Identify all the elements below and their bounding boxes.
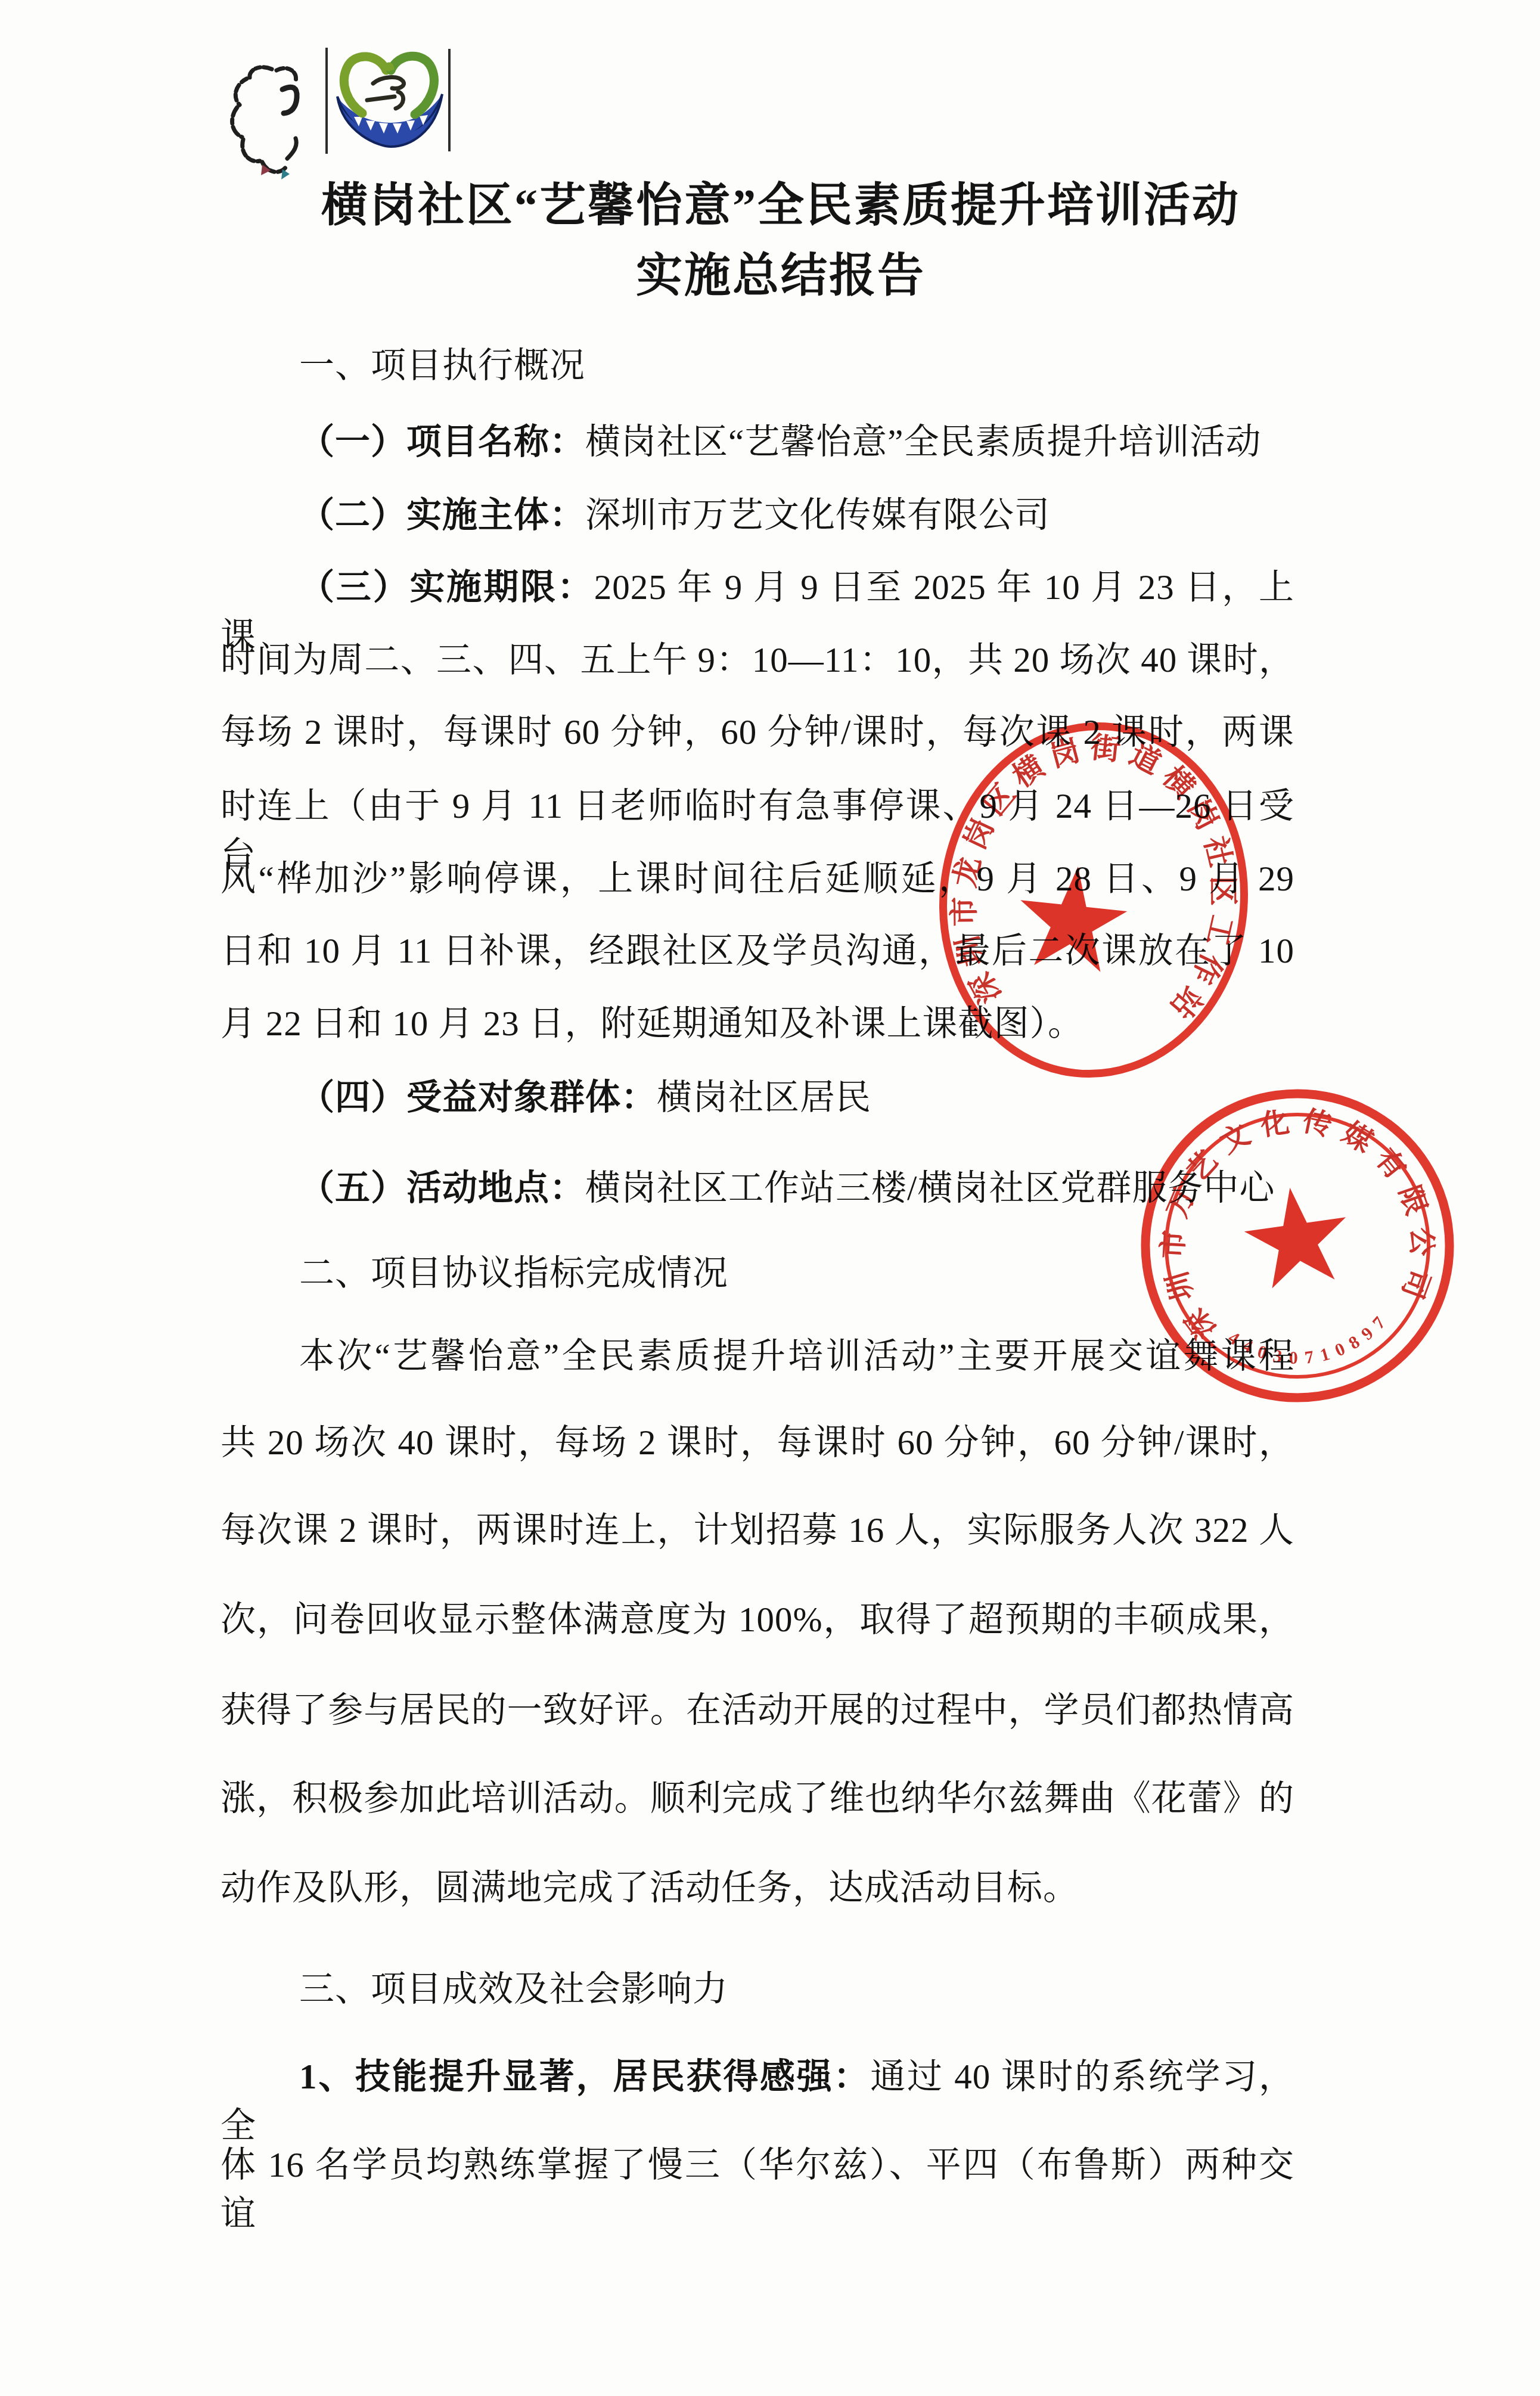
text-line: 每次课 2 课时，两课时连上，计划招募 16 人，实际服务人次 322 人	[221, 1506, 1294, 1554]
line-text: 次，问卷回收显示整体满意度为 100%，取得了超预期的丰硕成果，	[221, 1600, 1294, 1639]
report-title-line1: 横岗社区“艺馨怡意”全民素质提升培训活动	[197, 176, 1365, 235]
svg-text:深圳市龙岗区横岗街道横岗社区工作站: 深圳市龙岗区横岗街道横岗社区工作站	[935, 717, 1258, 1035]
stamp-star-icon	[1014, 861, 1131, 974]
text-line: 1、技能提升显著，居民获得感强：通过 40 课时的系统学习，全	[221, 2052, 1294, 2150]
text-line: （五）活动地点：横岗社区工作站三楼/横岗社区党群服务中心	[221, 1163, 1294, 1212]
stamp-star-icon	[1239, 1181, 1354, 1291]
line-text: 涨，积极参加此培训活动。顺利完成了维也纳华尔兹舞曲《花蕾》的	[221, 1779, 1294, 1818]
scanned-report-page: 横岗社区“艺馨怡意”全民素质提升培训活动 实施总结报告 一、项目执行概况（一）项…	[0, 0, 1540, 2396]
company-round-stamp: 深圳市万艺文化传媒有限公司 44030710897	[1135, 1073, 1460, 1424]
community-oval-stamp: 深圳市龙岗区横岗街道横岗社区工作站	[927, 715, 1260, 1085]
text-line: 共 20 场次 40 课时，每场 2 课时，每课时 60 分钟，60 分钟/课时…	[221, 1418, 1294, 1467]
line-text: 每次课 2 课时，两课时连上，计划招募 16 人，实际服务人次 322 人	[221, 1510, 1294, 1550]
logo-divider-right	[448, 49, 451, 151]
line-label: （四）受益对象群体：	[299, 1078, 657, 1117]
text-line: （二）实施主体：深圳市万艺文化传媒有限公司	[221, 491, 1294, 539]
logo-divider-left	[325, 48, 328, 154]
report-title-line2: 实施总结报告	[197, 246, 1365, 306]
line-text: 共 20 场次 40 课时，每场 2 课时，每课时 60 分钟，60 分钟/课时…	[221, 1423, 1294, 1462]
text-line: 次，问卷回收显示整体满意度为 100%，取得了超预期的丰硕成果，	[221, 1595, 1294, 1644]
line-text: 横岗社区“艺馨怡意”全民素质提升培训活动	[585, 422, 1261, 461]
line-label: （三）实施期限：	[299, 567, 594, 607]
line-text: 深圳市万艺文化传媒有限公司	[585, 495, 1050, 535]
ink-sketch-bird-logo	[225, 58, 315, 181]
line-text: 一、项目执行概况	[299, 346, 585, 385]
text-line: 时间为周二、三、四、五上午 9：10—11：10，共 20 场次 40 课时，	[221, 635, 1294, 684]
line-text: 三、项目成效及社会影响力	[299, 1969, 728, 2009]
line-text: 横岗社区居民	[657, 1078, 871, 1117]
line-label: （二）实施主体：	[299, 495, 585, 535]
text-line: 一、项目执行概况	[221, 341, 1294, 390]
green-heart-blue-bowl-logo	[331, 50, 448, 148]
text-line: 本次“艺馨怡意”全民素质提升培训活动”主要开展交谊舞课程	[221, 1332, 1294, 1380]
text-line: 动作及队形，圆满地完成了活动任务，达成活动目标。	[221, 1863, 1294, 1912]
text-line: （一）项目名称：横岗社区“艺馨怡意”全民素质提升培训活动	[221, 417, 1294, 466]
line-text: 时间为周二、三、四、五上午 9：10—11：10，共 20 场次 40 课时，	[221, 640, 1294, 679]
line-text: 二、项目协议指标完成情况	[299, 1253, 728, 1293]
line-text: 体 16 名学员均熟练掌握了慢三（华尔兹）、平四（布鲁斯）两种交谊	[221, 2145, 1294, 2233]
text-line: 三、项目成效及社会影响力	[221, 1964, 1294, 2013]
line-text: 获得了参与居民的一致好评。在活动开展的过程中，学员们都热情高	[221, 1690, 1294, 1730]
text-line: 二、项目协议指标完成情况	[221, 1249, 1294, 1298]
line-label: （五）活动地点：	[299, 1168, 585, 1208]
text-line: 获得了参与居民的一致好评。在活动开展的过程中，学员们都热情高	[221, 1686, 1294, 1734]
line-text: 动作及队形，圆满地完成了活动任务，达成活动目标。	[221, 1868, 1079, 1907]
line-label: 1、技能提升显著，居民获得感强：	[299, 2057, 870, 2096]
line-label: （一）项目名称：	[299, 422, 585, 461]
text-line: 体 16 名学员均熟练掌握了慢三（华尔兹）、平四（布鲁斯）两种交谊	[221, 2140, 1294, 2238]
text-line: 涨，积极参加此培训活动。顺利完成了维也纳华尔兹舞曲《花蕾》的	[221, 1774, 1294, 1823]
